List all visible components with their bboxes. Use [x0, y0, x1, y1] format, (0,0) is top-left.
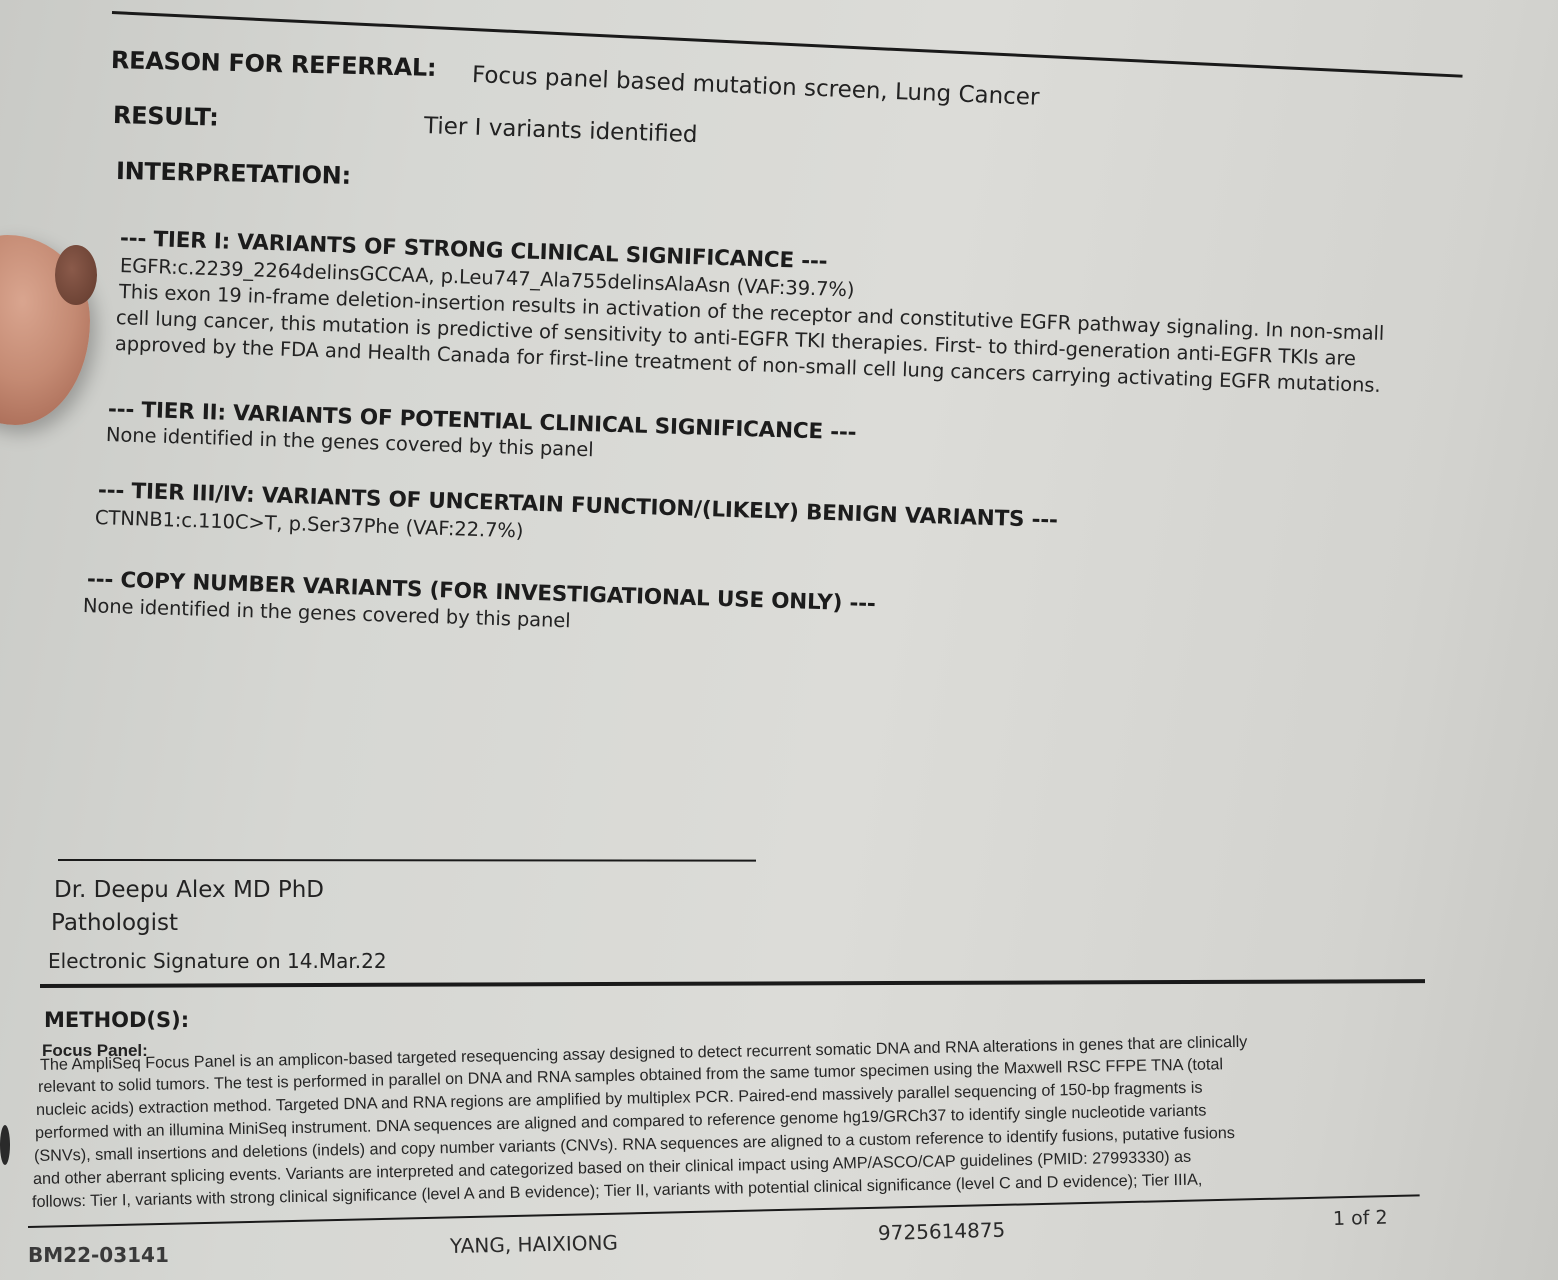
methods-divider [40, 979, 1425, 988]
patient-name: YANG, HAIXIONG [450, 1230, 618, 1258]
ring-binder-hole [0, 1125, 10, 1165]
reason-value: Focus panel based mutation screen, Lung … [471, 62, 1039, 111]
report-page: REASON FOR REFERRAL: Focus panel based m… [0, 0, 1558, 1280]
page-number: 1 of 2 [1333, 1207, 1388, 1230]
fingernail-image [55, 245, 97, 305]
accession-number: BM22-03141 [28, 1243, 169, 1267]
methods-heading: METHOD(S): [44, 1008, 189, 1032]
signature-title: Pathologist [51, 910, 178, 936]
signature-name: Dr. Deepu Alex MD PhD [54, 877, 324, 903]
result-label: RESULT: [113, 101, 219, 132]
id-number: 9725614875 [878, 1218, 1006, 1245]
interpretation-label: INTERPRETATION: [116, 157, 351, 190]
reason-label: REASON FOR REFERRAL: [111, 46, 437, 82]
result-value: Tier I variants identified [424, 113, 698, 148]
signature-line [58, 859, 756, 862]
electronic-signature: Electronic Signature on 14.Mar.22 [48, 949, 387, 973]
